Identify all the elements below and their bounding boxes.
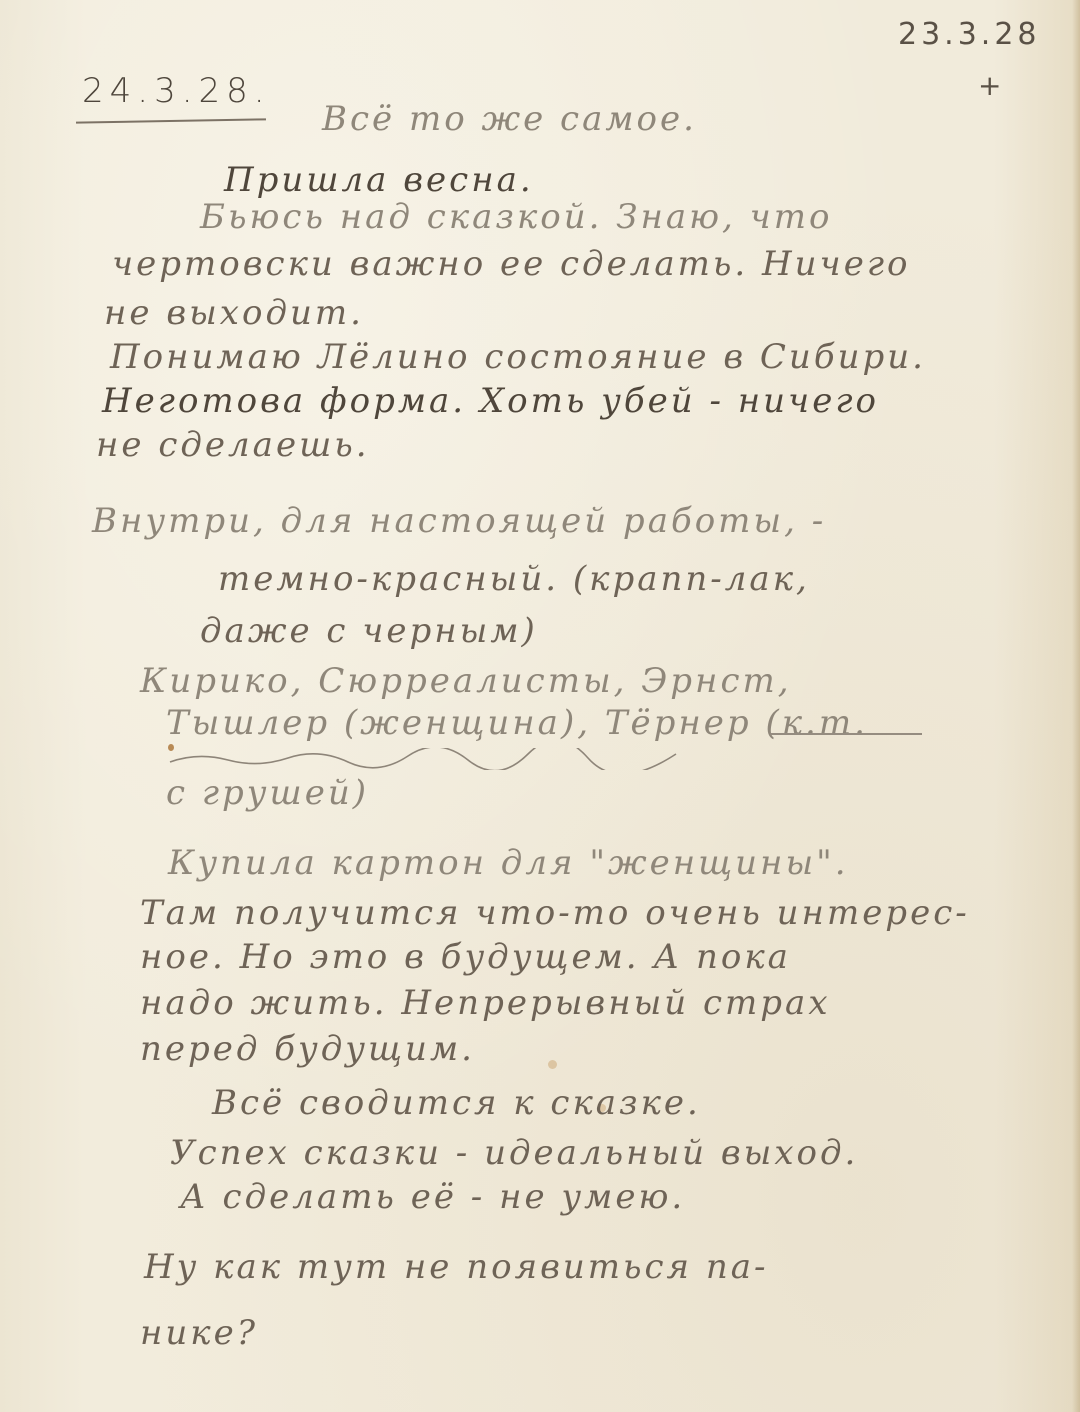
text-line: Тышлер (женщина), Тёрнер (к.т. bbox=[166, 706, 868, 740]
previous-date: 23.3.28 bbox=[898, 20, 1041, 50]
text-line: темно-красный. (крапп-лак, bbox=[218, 562, 810, 596]
text-line: Ну как тут не появиться па- bbox=[144, 1250, 769, 1284]
text-line: Всё то же самое. bbox=[322, 102, 697, 136]
text-line: Купила картон для "женщины". bbox=[168, 846, 849, 880]
page-edge-shadow bbox=[1072, 0, 1080, 1412]
text-line: Там получится что-то очень интерес- bbox=[140, 896, 970, 930]
wavy-underline bbox=[168, 748, 678, 770]
text-line: Всё сводится к сказке. bbox=[212, 1086, 701, 1120]
text-line: Внутри, для настоящей работы, - bbox=[92, 504, 826, 538]
text-line: Бьюсь над сказкой. Знаю, что bbox=[200, 200, 833, 234]
text-line: Пришла весна. bbox=[224, 163, 534, 197]
cross-mark: + bbox=[978, 72, 1004, 100]
text-line: не сделаешь. bbox=[96, 428, 370, 462]
text-line: Неготова форма. Хоть убей - ничего bbox=[102, 384, 879, 418]
text-line: перед будущим. bbox=[140, 1032, 475, 1066]
text-line: даже с черным) bbox=[200, 614, 538, 648]
text-line: А сделать её - не умею. bbox=[180, 1180, 685, 1214]
text-line: не выходит. bbox=[104, 296, 364, 330]
foxing-spot bbox=[548, 1060, 557, 1069]
text-line: надо жить. Непрерывный страх bbox=[140, 986, 831, 1020]
text-line: ное. Но это в будущем. А пока bbox=[140, 940, 791, 974]
text-line: с грушей) bbox=[166, 776, 369, 810]
text-line: чертовски важно ее сделать. Ничего bbox=[112, 247, 911, 281]
text-line: Кирико, Сюрреалисты, Эрнст, bbox=[140, 664, 792, 698]
entry-date: 24.3.28. bbox=[82, 74, 271, 108]
name-underline bbox=[770, 733, 922, 735]
text-line: Успех сказки - идеальный выход. bbox=[170, 1136, 858, 1170]
diary-page: 24.3.28. 23.3.28 + Всё то же самое. Приш… bbox=[0, 0, 1080, 1412]
text-line: нике? bbox=[140, 1316, 258, 1350]
text-line: Понимаю Лёлино состояние в Сибири. bbox=[110, 340, 926, 374]
date-underline bbox=[76, 118, 266, 123]
